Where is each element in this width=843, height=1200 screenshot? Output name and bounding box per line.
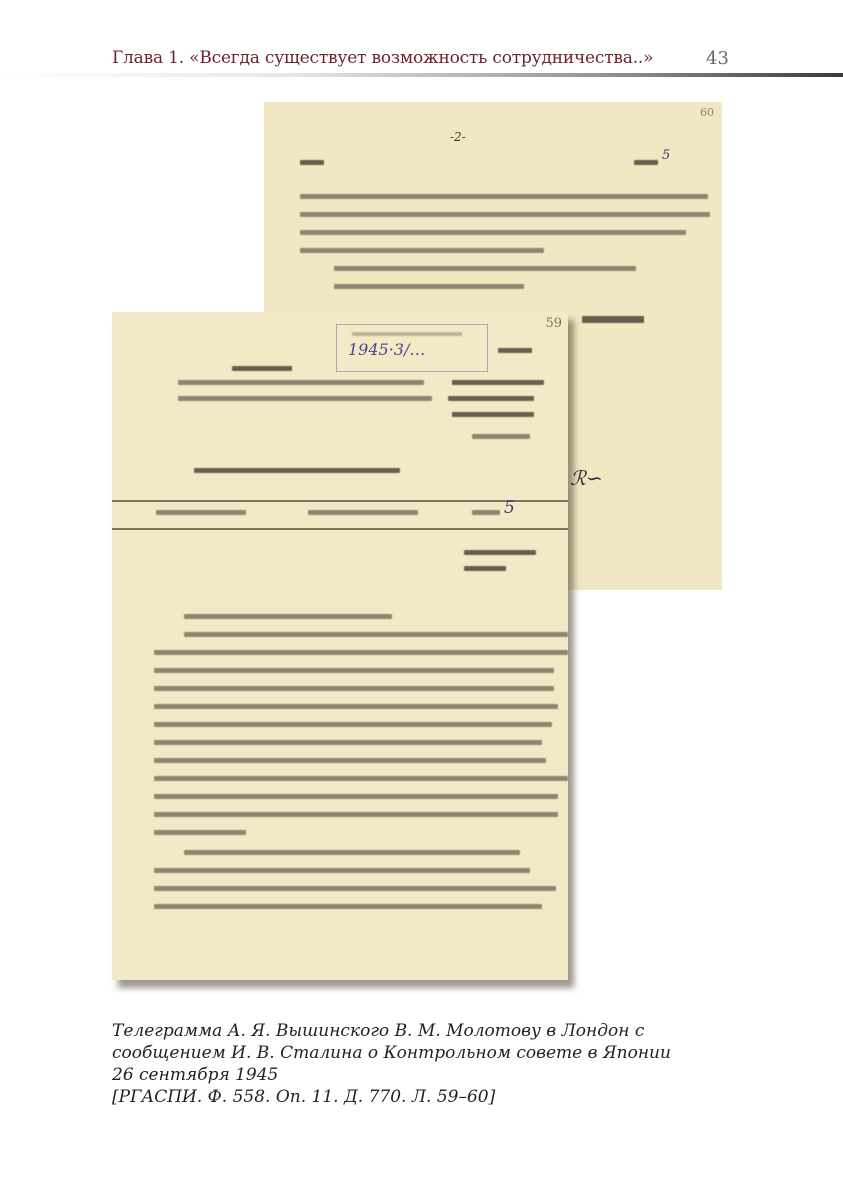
- to-field: [308, 510, 418, 515]
- distribution-3: [452, 412, 534, 417]
- incoming-number: [232, 366, 292, 371]
- caption-date: 26 сентября 1945: [112, 1064, 732, 1086]
- copy-number-handwritten: 5: [504, 498, 515, 518]
- urgency-1: [464, 550, 536, 555]
- urgency-2: [464, 566, 506, 571]
- sent-line: [178, 396, 432, 401]
- running-head: Глава 1. «Всегда существует возможность …: [112, 48, 653, 68]
- page-marker: -2-: [450, 130, 466, 144]
- page-number: 43: [706, 48, 729, 69]
- document-sheet-front: 59 1945·3/… 5: [112, 312, 568, 980]
- secret-label: [498, 348, 532, 353]
- signature-handwritten: ℛ∽: [570, 466, 603, 490]
- header-rule-bottom: [112, 528, 568, 530]
- special-number: [472, 434, 530, 439]
- sheet-number: 60: [700, 106, 714, 119]
- copy-label: [634, 160, 658, 165]
- copy-field: [472, 510, 500, 515]
- caption-archive-ref: [РГАСПИ. Ф. 558. Оп. 11. Д. 770. Л. 59–6…: [112, 1086, 732, 1108]
- stamp-handwriting: 1945·3/…: [348, 340, 425, 359]
- distribution-1: [452, 380, 544, 385]
- header-rule: [0, 73, 843, 77]
- caption-line: Телеграмма А. Я. Вышинского В. М. Молото…: [112, 1020, 732, 1042]
- distribution-2: [448, 396, 534, 401]
- signature-typed: [582, 316, 644, 323]
- telegram-title: [194, 468, 400, 473]
- sheet-number: 59: [545, 316, 562, 331]
- received-line: [178, 380, 424, 385]
- header-rule-top: [112, 500, 568, 502]
- copy-number-handwritten: 5: [662, 148, 670, 163]
- stamp-text: [352, 332, 462, 336]
- caption-line: сообщением И. В. Сталина о Контрольном с…: [112, 1042, 732, 1064]
- figure-caption: Телеграмма А. Я. Вышинского В. М. Молото…: [112, 1020, 732, 1108]
- ref-number: [300, 160, 324, 165]
- from-field: [156, 510, 246, 515]
